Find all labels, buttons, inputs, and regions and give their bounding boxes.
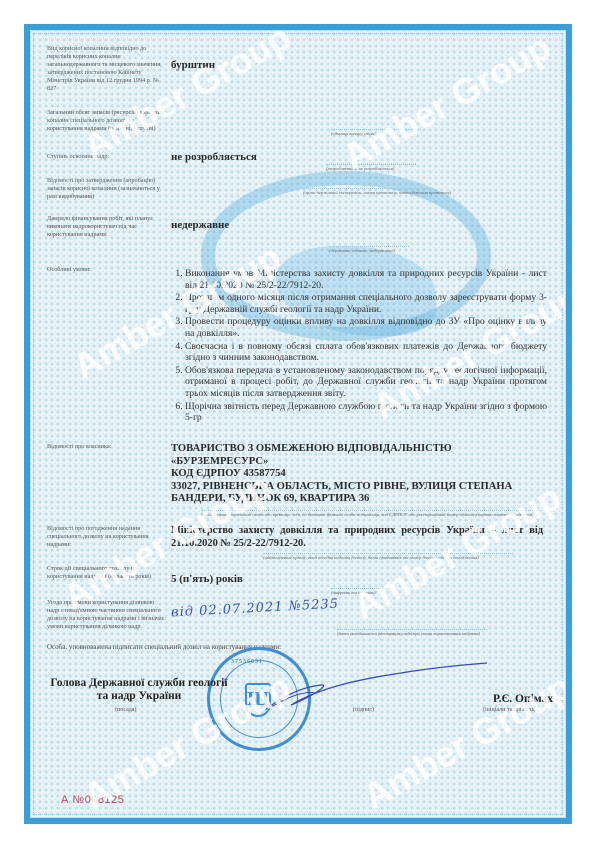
label-financing: Джерело фінансування робіт, які планує в… [47,215,165,239]
condition-item: Протягом одного місяця після отримання с… [185,292,547,315]
condition-item: Провести процедуру оцінки впливу на довк… [185,316,547,339]
condition-item: Щорічна звітність перед Державною службо… [185,401,547,424]
value-development: не розробляється [171,151,543,163]
caption-signature: (підпис) [353,707,374,713]
condition-item: Виконання умов Міністерства захисту довк… [185,268,547,291]
watermark: Amber Group [356,666,566,818]
trident-emblem-icon: Ш [245,683,271,717]
caption-financing: (державне, обласне, недержавне) [329,246,409,253]
value-term: 5 (п'ять) років [171,573,543,585]
caption-reserves: (одиниця виміру, обсяг) [331,129,421,136]
owner-line: «БУРЗЕМРЕСУРС» [171,456,545,469]
caption-reserves-approval: (орган державної експертизи, номер прото… [303,188,433,195]
special-conditions-list: Виконання умов Міністерства захисту довк… [171,268,547,425]
caption-development: (розробляється, не розробляється) [326,164,416,171]
label-term: Строк дії спеціального дозволу на корист… [47,565,165,581]
signatory-position: Голова Державної служби геології та надр… [49,677,229,703]
owner-line: ТОВАРИСТВО З ОБМЕЖЕНОЮ ВІДПОВІДАЛЬНІСТЮ [171,443,545,456]
caption-owner: (найменування юридичної особи або прізви… [201,510,541,517]
caption-term: (цифрами та словами) [331,588,391,595]
value-financing: недержавне [171,219,543,231]
value-approval: Міністерство захисту довкілля та природн… [171,525,543,550]
value-agreement-handwritten: від 02.07.2021 №5235 [171,597,340,621]
owner-line: 33027, РІВНЕНСЬКА ОБЛАСТЬ, МІСТО РІВНЕ, … [171,481,545,494]
label-reserves-approval: Відомості про затвердження (апробацію) з… [47,177,165,201]
label-owner: Відомості про власника: [47,443,165,451]
signatory-name: Р.Є. Опімах [493,693,553,705]
value-mineral-type: бурштин [171,59,543,71]
caption-name: (ініціали та прізвище) [483,707,539,713]
label-mineral-type: Вид корисної копалини відповідно до пере… [47,45,165,93]
document-body: Вид корисної копалини відповідно до пере… [30,30,566,818]
condition-item: Обов'язкова передача в установленому зак… [185,365,547,400]
label-special-conditions: Особливі умови: [47,266,165,274]
owner-line: КОД ЄДРПОУ 43587754 [171,468,545,481]
serial-number: А №008125 [61,794,124,806]
document-frame: Вид корисної копалини відповідно до пере… [24,24,572,824]
owner-details: ТОВАРИСТВО З ОБМЕЖЕНОЮ ВІДПОВІДАЛЬНІСТЮ … [171,443,545,506]
owner-line: БАНДЕРИ, БУДИНОК 69, КВАРТИРА 36 [171,493,545,506]
caption-position: (посада) [115,707,136,713]
label-development: Ступінь освоєння надр: [47,153,165,161]
caption-approval: (найменування органу, який погодив надан… [263,553,513,560]
stamp-code: 37536031 [231,659,263,665]
label-reserves: Загальний обсяг запасів (ресурсів) корис… [47,109,165,133]
caption-agreement: (дата складання та реєстрація угоди про … [337,629,487,636]
condition-item: Своєчасна і в повному обсязі сплата обов… [185,341,547,364]
label-approval: Відомості про погодження надання спеціал… [47,525,165,549]
label-agreement: Угода про умови користування ділянкою на… [47,599,165,631]
